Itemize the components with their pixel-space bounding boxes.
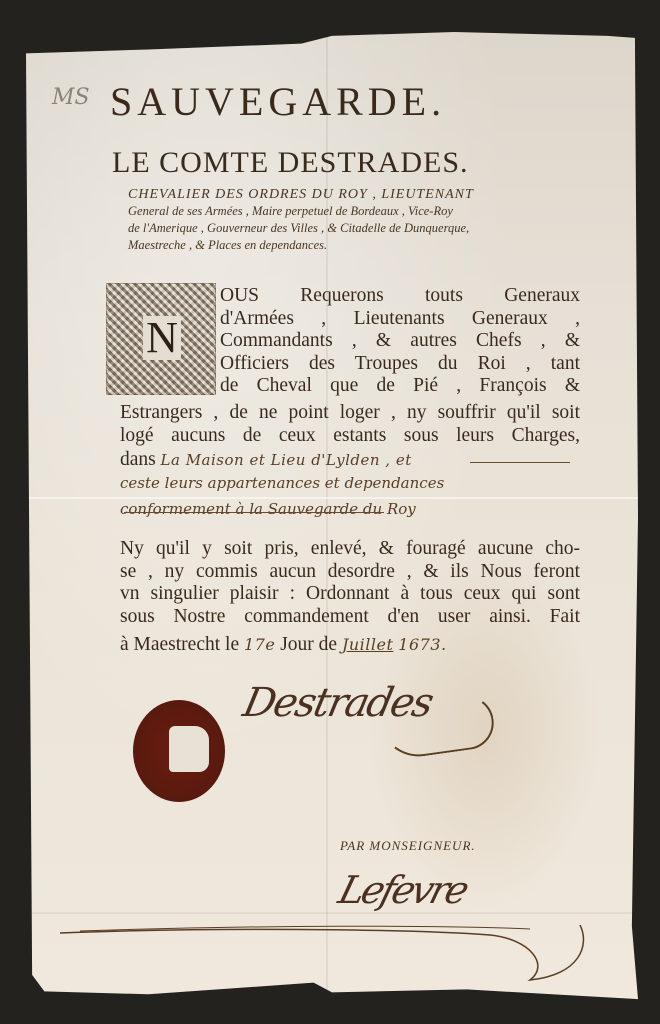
issuer-titles: CHEVALIER DES ORDRES DU ROY , LIEUTENANT… [128,186,568,254]
fold-crease-horizontal-lower [26,912,638,914]
issuer-title-line: Maestreche , & Places en dependances. [128,237,568,254]
handwritten-underline [470,462,570,463]
countersign-label: PAR MONSEIGNEUR. [340,838,476,854]
text-line: sous Nostre commandement d'en user ainsi… [120,606,580,629]
signature-flourish-lower [60,925,590,985]
date-year: 1673. [398,635,446,654]
handwritten-text: La Maison et Lieu d'Lylden , et [161,451,412,469]
text-line: de Cheval que de Pié , François & [220,375,580,398]
date-line: à Maestrecht le 17e Jour de Juillet 1673… [120,634,447,656]
initial-letter: N [143,316,181,360]
text-line: OUS Requerons touts Generaux [220,285,580,308]
text-line: d'Armées , Lieutenants Generaux , [220,308,580,331]
text-line: logé aucuns de ceux estants sous leurs C… [120,425,580,448]
text-line: vn singulier plaisir : Ordonnant à tous … [120,583,580,606]
paragraph-2: Ny qu'il y soit pris, enlevé, & fouragé … [120,538,580,628]
date-prefix: à Maestrecht le [120,634,239,655]
wax-seal-icon [133,700,225,802]
seal-hole [169,726,209,772]
handwritten-line-2: ceste leurs appartenances et dependances [120,474,444,492]
dans-label: dans [120,449,156,470]
fold-crease-horizontal [26,497,638,499]
issuer-title-line: General de ses Armées , Maire perpetuel … [128,203,568,220]
date-day: 17e [244,635,275,654]
issuer-title-line: de l'Amerique , Gouverneur des Villes , … [128,220,568,237]
handwritten-strike [124,512,384,513]
paragraph-1-indented: OUS Requerons touts Generaux d'Armées , … [220,285,580,398]
paragraph-1-full: Estrangers , de ne point loger , ny souf… [120,402,580,447]
date-middle: Jour de [280,634,337,655]
text-line: Estrangers , de ne point loger , ny souf… [120,402,580,425]
text-line: Commandants , & autres Chefs , & [220,330,580,353]
signature-secretary: Lefevre [334,868,471,912]
margin-note: MS [52,85,90,110]
ornamental-initial: N [106,283,216,395]
text-line: se , ny commis aucun desordre , & ils No… [120,561,580,584]
handwritten-line-1: dans La Maison et Lieu d'Lylden , et [120,449,412,471]
text-line: Ny qu'il y soit pris, enlevé, & fouragé … [120,538,580,561]
date-month: Juillet [342,635,393,654]
issuer-name: LE COMTE DESTRADES. [112,146,469,180]
handwritten-line-3: conformement à la Sauvegarde du Roy [120,500,416,518]
text-line: Officiers des Troupes du Roi , tant [220,353,580,376]
document-title: SAUVEGARDE. [110,78,446,125]
issuer-title-line: CHEVALIER DES ORDRES DU ROY , LIEUTENANT [128,186,568,203]
